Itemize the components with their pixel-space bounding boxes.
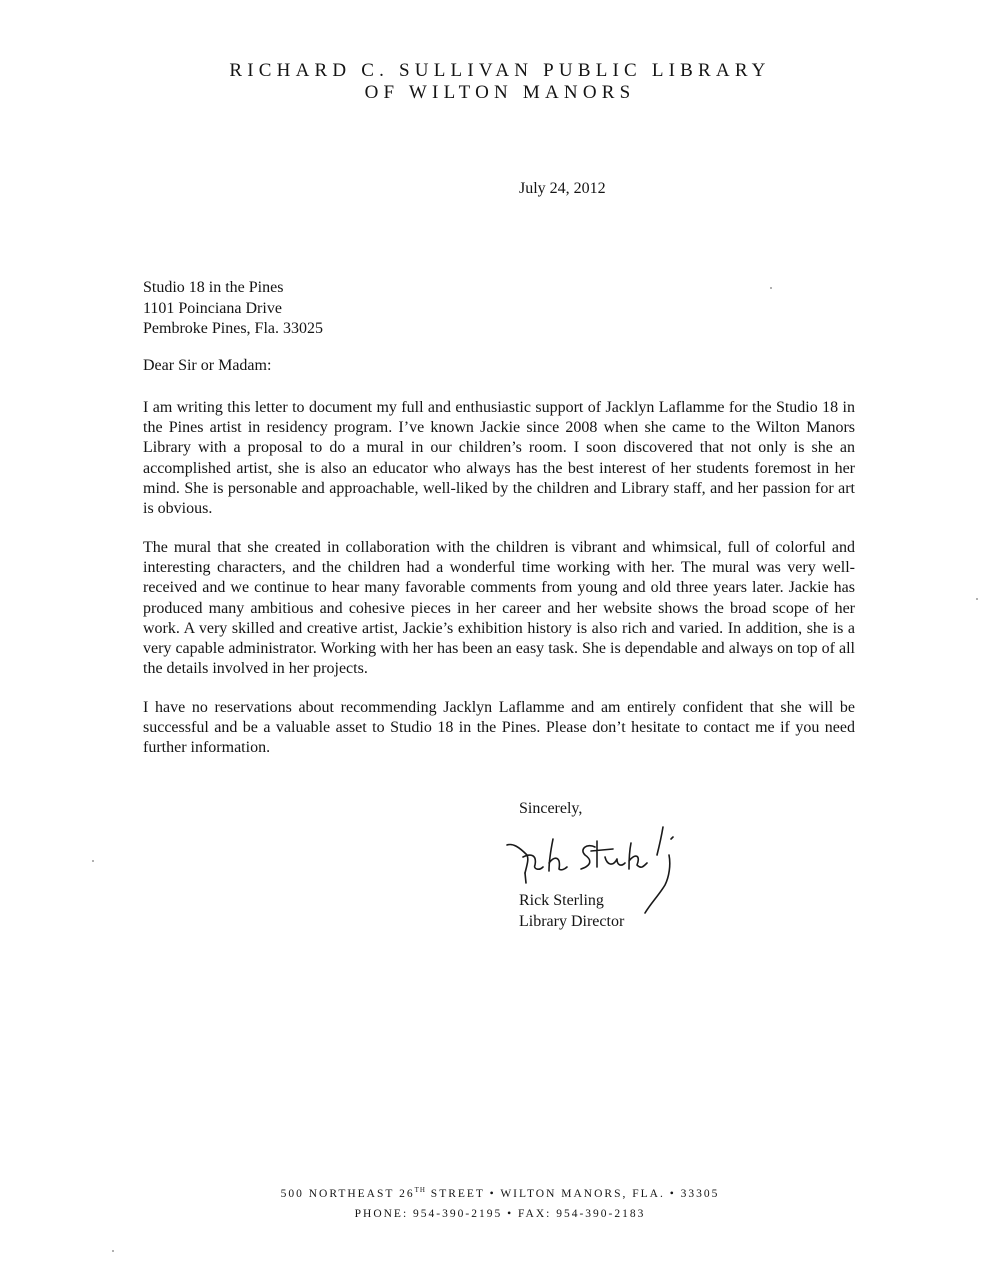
letter-date: July 24, 2012 bbox=[519, 180, 606, 198]
scan-speck bbox=[92, 860, 94, 862]
signer-name: Rick Sterling bbox=[519, 890, 624, 911]
body-paragraph-2: The mural that she created in collaborat… bbox=[143, 538, 855, 679]
scan-speck bbox=[976, 598, 978, 600]
ordinal-suffix: TH bbox=[415, 1186, 426, 1194]
letterhead-line-2: OF WILTON MANORS bbox=[0, 82, 1000, 104]
footer-street-number: 500 NORTHEAST 26 bbox=[281, 1188, 415, 1200]
recipient-city: Pembroke Pines, Fla. 33025 bbox=[143, 319, 323, 340]
footer-address: 500 NORTHEAST 26TH STREET • WILTON MANOR… bbox=[0, 1180, 1000, 1204]
footer-contact: PHONE: 954-390-2195 • FAX: 954-390-2183 bbox=[0, 1204, 1000, 1224]
closing: Sincerely, bbox=[519, 800, 582, 818]
recipient-street: 1101 Poinciana Drive bbox=[143, 299, 323, 320]
signer-block: Rick Sterling Library Director bbox=[519, 890, 624, 932]
scan-speck bbox=[770, 287, 772, 289]
footer-city-zip: STREET • WILTON MANORS, FLA. • 33305 bbox=[426, 1188, 719, 1200]
scan-speck bbox=[112, 1250, 114, 1252]
signer-title: Library Director bbox=[519, 911, 624, 932]
recipient-name: Studio 18 in the Pines bbox=[143, 278, 323, 299]
letterhead-line-1: RICHARD C. SULLIVAN PUBLIC LIBRARY bbox=[0, 60, 1000, 82]
letterhead-footer: 500 NORTHEAST 26TH STREET • WILTON MANOR… bbox=[0, 1180, 1000, 1224]
body-paragraph-1: I am writing this letter to document my … bbox=[143, 398, 855, 519]
salutation: Dear Sir or Madam: bbox=[143, 357, 271, 375]
letterhead: RICHARD C. SULLIVAN PUBLIC LIBRARY OF WI… bbox=[0, 60, 1000, 104]
body-paragraph-3: I have no reservations about recommendin… bbox=[143, 698, 855, 759]
recipient-address: Studio 18 in the Pines 1101 Poinciana Dr… bbox=[143, 278, 323, 340]
